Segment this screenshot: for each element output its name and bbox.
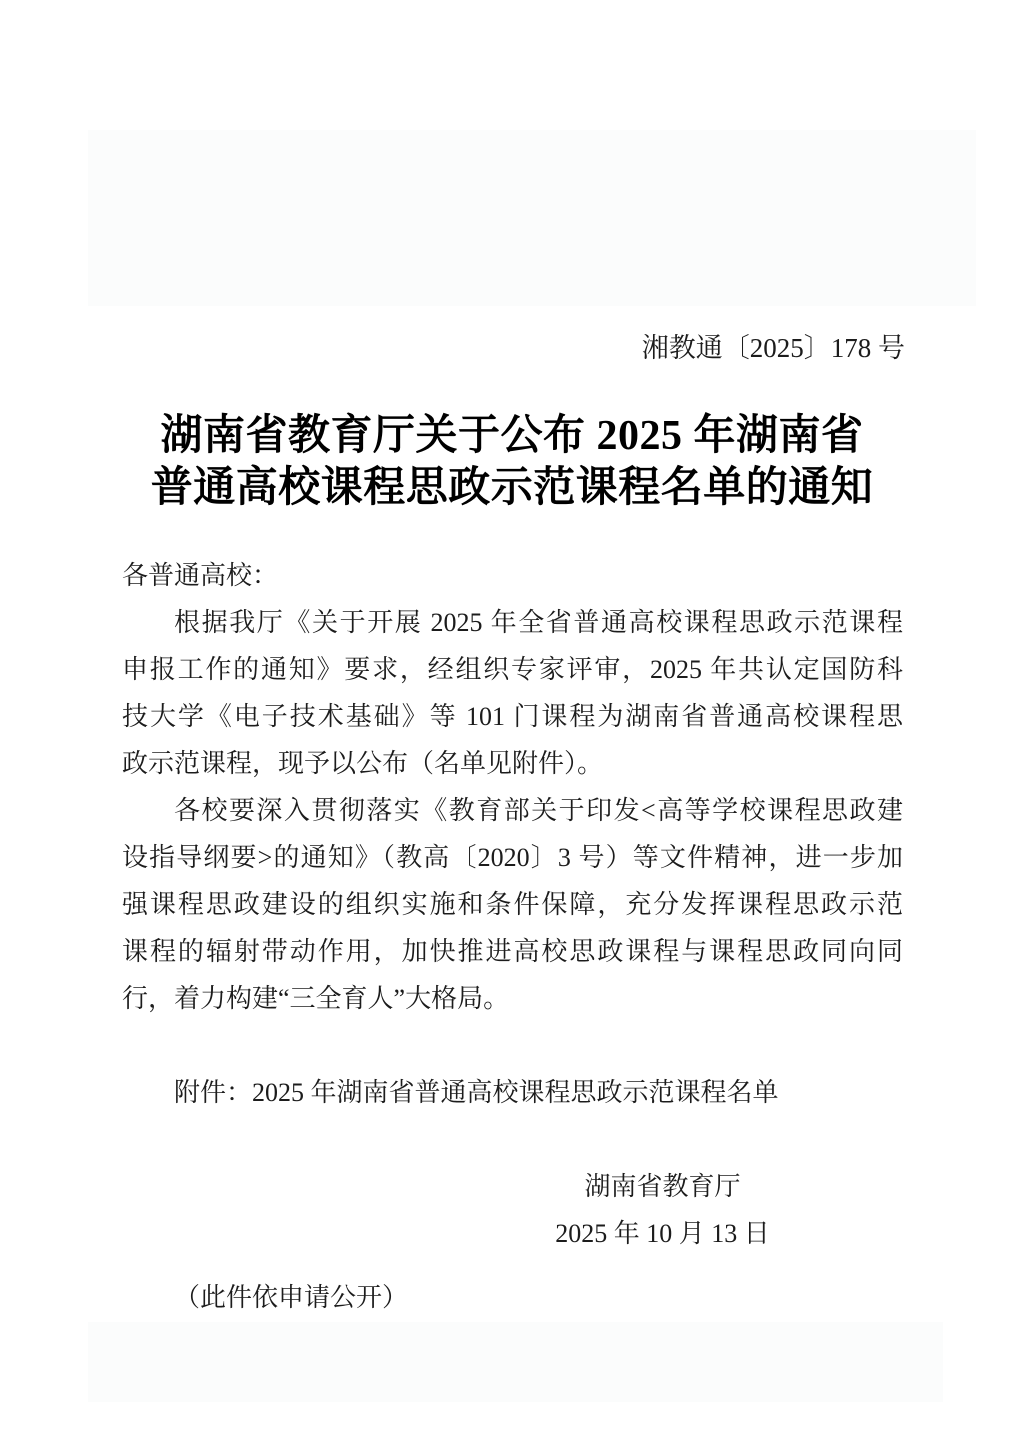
disclosure-note: （此件依申请公开） xyxy=(122,1274,903,1321)
attachment-line: 附件：2025 年湖南省普通高校课程思政示范课程名单 xyxy=(122,1069,903,1116)
paragraph-2: 各校要深入贯彻落实《教育部关于印发<高等学校课程思政建 设指导纲要>的通知》（教… xyxy=(122,787,903,1022)
body-line: 技大学《电子技术基础》等 101 门课程为湖南省普通高校课程思 xyxy=(122,693,903,740)
issuing-agency: 湖南省教育厅 xyxy=(422,1163,903,1210)
paragraph-1: 根据我厅《关于开展 2025 年全省普通高校课程思政示范课程 申报工作的通知》要… xyxy=(122,599,903,787)
body-line: 申报工作的通知》要求，经组织专家评审，2025 年共认定国防科 xyxy=(122,646,903,693)
document-body: 各普通高校： 根据我厅《关于开展 2025 年全省普通高校课程思政示范课程 申报… xyxy=(122,552,903,1321)
title-line-1: 湖南省教育厅关于公布 2025 年湖南省 xyxy=(0,410,1024,462)
salutation: 各普通高校： xyxy=(122,552,903,599)
top-blank-region xyxy=(88,130,976,306)
body-line: 行，着力构建“三全育人”大格局。 xyxy=(122,975,903,1022)
body-line: 课程的辐射带动作用，加快推进高校思政课程与课程思政同向同 xyxy=(122,928,903,975)
document-number: 湘教通〔2025〕178 号 xyxy=(642,325,905,372)
official-notice-page: 湘教通〔2025〕178 号 湖南省教育厅关于公布 2025 年湖南省 普通高校… xyxy=(0,0,1024,1448)
body-line: 设指导纲要>的通知》（教高〔2020〕3 号）等文件精神，进一步加 xyxy=(122,834,903,881)
spacer xyxy=(122,1116,903,1163)
signature-block: 湖南省教育厅 2025 年 10 月 13 日 xyxy=(422,1163,903,1257)
title-line-2: 普通高校课程思政示范课程名单的通知 xyxy=(0,462,1024,514)
spacer xyxy=(122,1022,903,1069)
issue-date: 2025 年 10 月 13 日 xyxy=(422,1210,903,1257)
body-line: 根据我厅《关于开展 2025 年全省普通高校课程思政示范课程 xyxy=(122,599,903,646)
body-line: 各校要深入贯彻落实《教育部关于印发<高等学校课程思政建 xyxy=(122,787,903,834)
document-title: 湖南省教育厅关于公布 2025 年湖南省 普通高校课程思政示范课程名单的通知 xyxy=(0,410,1024,514)
bottom-blank-region xyxy=(88,1322,943,1402)
body-line: 强课程思政建设的组织实施和条件保障，充分发挥课程思政示范 xyxy=(122,881,903,928)
body-line: 政示范课程，现予以公布（名单见附件）。 xyxy=(122,740,903,787)
